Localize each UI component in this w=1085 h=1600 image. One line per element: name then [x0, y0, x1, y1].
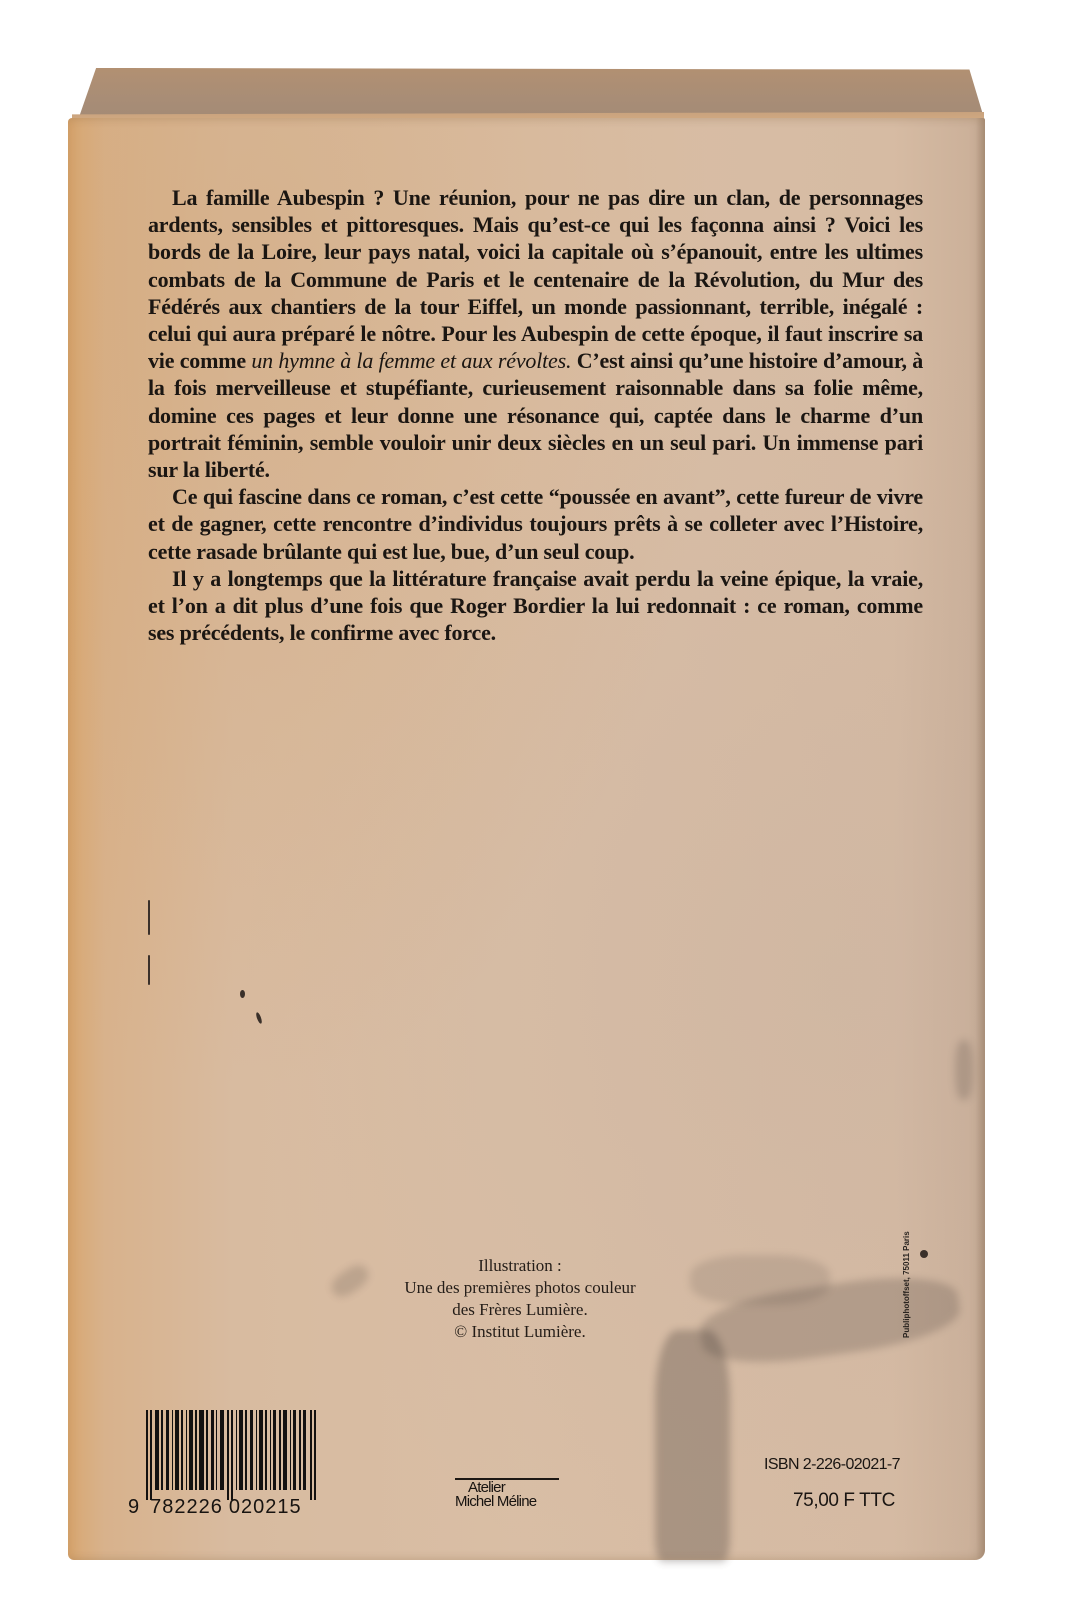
illustration-credit-description: Une des premières photos couleur: [360, 1277, 680, 1299]
ean-barcode-icon: [146, 1410, 316, 1500]
blurb-paragraph-3: Il y a longtemps que la littérature fran…: [148, 565, 923, 647]
water-stain: [955, 1040, 973, 1100]
isbn: ISBN 2-226-02021-7: [764, 1456, 900, 1474]
blurb-italic-phrase: un hymne à la femme et aux révoltes.: [251, 348, 571, 373]
blurb-paragraph-2: Ce qui fascine dans ce roman, c’est cett…: [148, 483, 923, 565]
speck: [240, 990, 245, 998]
blurb-paragraph-1: La famille Aubespin ? Une réunion, pour …: [148, 184, 923, 483]
barcode-group-2: 020215: [229, 1496, 302, 1518]
book-back-cover-scene: La famille Aubespin ? Une réunion, pour …: [0, 0, 1085, 1600]
illustration-credit: Illustration : Une des premières photos …: [360, 1255, 680, 1343]
printer-credit: Publiphotoffset, 75011 Paris: [902, 1231, 911, 1338]
illustration-credit-label: Illustration :: [360, 1255, 680, 1277]
publisher-logo: Atelier Michel Méline: [455, 1478, 565, 1509]
barcode-digits: 9782226020215: [128, 1496, 302, 1519]
book-top-edge: [78, 68, 983, 120]
water-stain: [655, 1330, 730, 1562]
blurb-text: La famille Aubespin ? Une réunion, pour …: [148, 184, 923, 646]
barcode-group-1: 782226: [150, 1496, 223, 1518]
blurb-paragraph-1-text: La famille Aubespin ? Une réunion, pour …: [148, 185, 923, 373]
barcode-lead-digit: 9: [128, 1496, 140, 1518]
illustration-credit-source: des Frères Lumière.: [360, 1299, 680, 1321]
speck: [920, 1250, 928, 1258]
publisher-name-line-2: Michel Méline: [455, 1494, 565, 1509]
illustration-copyright: © Institut Lumière.: [360, 1321, 680, 1343]
speck: [148, 955, 150, 985]
water-stain: [690, 1255, 830, 1305]
price: 75,00 F TTC: [793, 1490, 895, 1512]
speck: [148, 900, 150, 935]
